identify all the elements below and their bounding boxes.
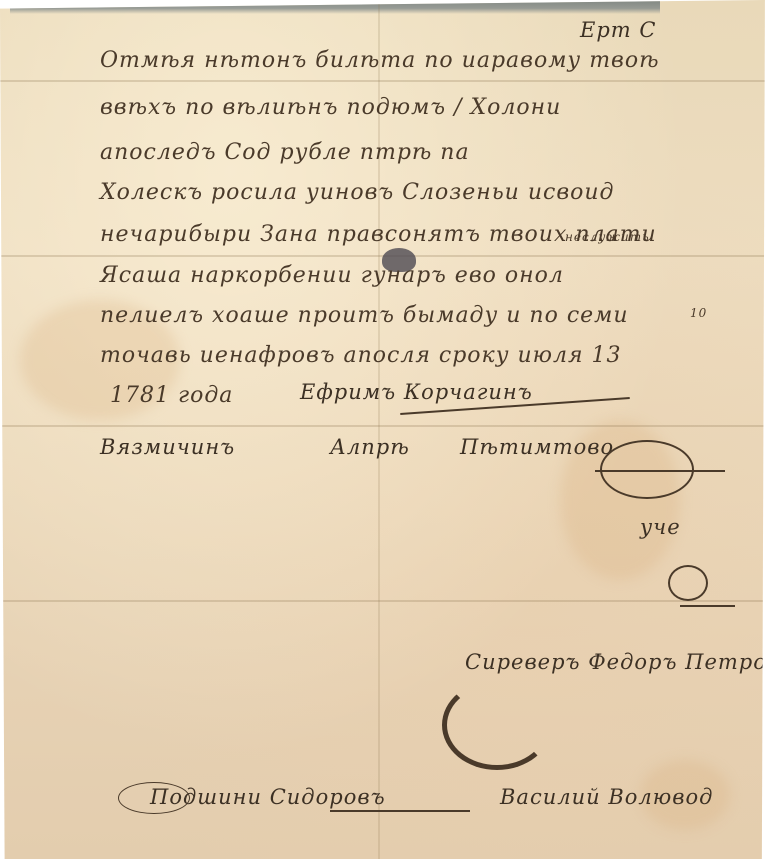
fold-line — [378, 0, 380, 859]
margin-flourish-stroke — [680, 605, 735, 607]
margin-mark: уче — [640, 515, 681, 539]
fold-line — [0, 600, 768, 602]
signature-korchagin: Ефримъ Корчагинъ — [300, 380, 533, 404]
top-right-marks: Ерт С — [580, 18, 656, 42]
margin-flourish — [668, 565, 708, 601]
scan-margin — [766, 0, 780, 859]
torn-top-edge — [10, 0, 660, 14]
signature-flourish — [118, 782, 190, 814]
text-line: Холескъ росила уиновъ Слозеньи исвоид — [100, 180, 615, 205]
signature-flourish-stroke — [595, 470, 725, 472]
text-line: апоследъ Сод рубле птрѣ па — [100, 140, 470, 165]
fold-line — [0, 425, 768, 427]
date-line: 1781 года — [110, 383, 233, 408]
signature: Алпрѣ — [330, 435, 410, 459]
large-c-flourish — [442, 680, 552, 770]
text-line: пелиелъ хоаше проитъ бымаду и по семи — [100, 303, 629, 328]
text-line: Отмѣя нѣтонъ билѣта по иаравому твоѣ — [100, 48, 660, 73]
signature: Вязмичинъ — [100, 435, 235, 459]
text-line: Ясаша наркорбении гунаръ ево онол — [100, 263, 564, 288]
signature-bottom: Василий Волювод — [500, 785, 713, 809]
manuscript-sheet: Ерт С Отмѣя нѣтонъ билѣта по иаравому тв… — [0, 0, 768, 859]
text-line: точавь иенафровъ апосля сроку июля 13 — [100, 343, 622, 368]
interlinear-note: неслужить — [565, 230, 650, 244]
signature-underline — [330, 810, 470, 812]
signature: Пѣтимтово — [460, 435, 614, 459]
fold-line — [0, 80, 768, 82]
superscript-note: 10 — [690, 306, 707, 320]
text-line: ввѣхъ по вѣлиѣнъ подюмъ / Холони — [100, 95, 561, 120]
signature-petrov: Сиреверъ Федоръ Петровъ — [465, 650, 780, 674]
